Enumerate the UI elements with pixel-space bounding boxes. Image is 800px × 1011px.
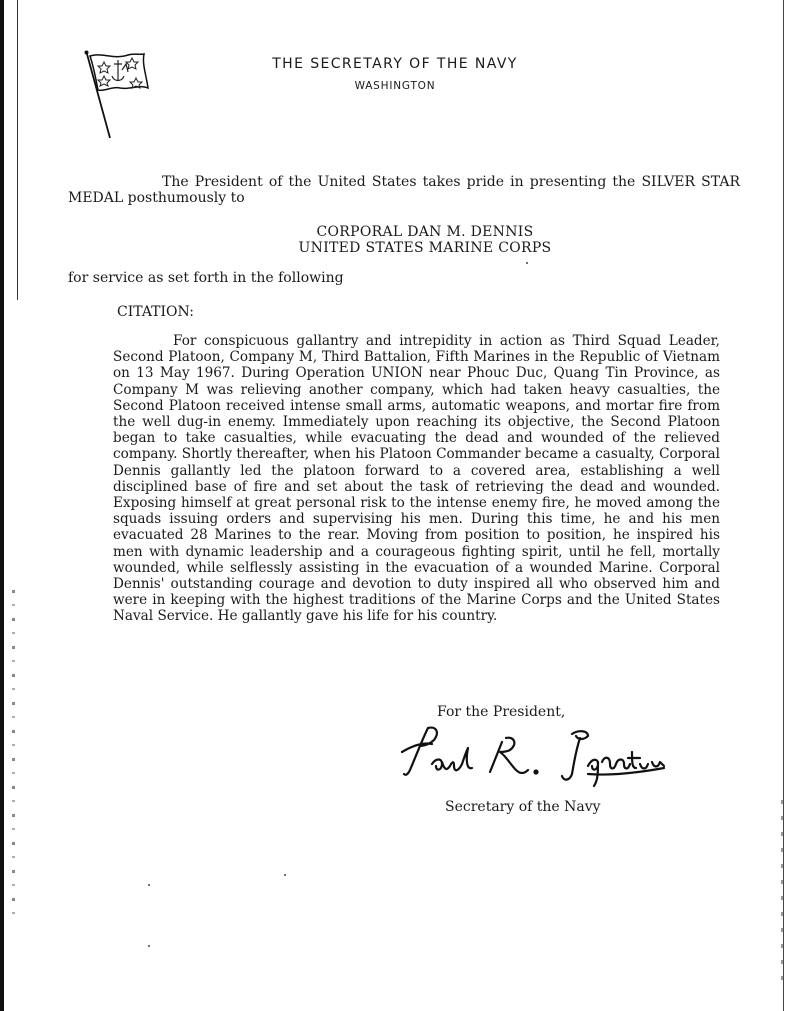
letterhead-location: WASHINGTON	[245, 80, 545, 92]
signer-title: Secretary of the Navy	[445, 799, 601, 815]
recipient-block: CORPORAL DAN M. DENNIS UNITED STATES MAR…	[200, 224, 650, 256]
citation-text: For conspicuous gallantry and intrepidit…	[113, 333, 720, 624]
navy-secretary-flag-icon	[84, 50, 150, 140]
letterhead-title: THE SECRETARY OF THE NAVY	[245, 56, 545, 72]
citation-label: CITATION:	[117, 304, 194, 320]
scan-edge-left	[0, 0, 4, 1011]
scan-speck	[526, 262, 528, 264]
closing: For the President,	[437, 704, 565, 720]
scan-edge-line	[17, 0, 18, 300]
scan-speck	[284, 874, 286, 876]
award-intro: The President of the United States takes…	[68, 174, 740, 206]
signature: Paul R. Ignatius	[392, 722, 667, 790]
scan-artifacts-right	[781, 800, 784, 980]
service-line: for service as set forth in the followin…	[68, 270, 344, 286]
recipient-service: UNITED STATES MARINE CORPS	[200, 240, 650, 256]
award-intro-text: The President of the United States takes…	[68, 174, 740, 206]
recipient-name: CORPORAL DAN M. DENNIS	[200, 224, 650, 240]
citation-body: For conspicuous gallantry and intrepidit…	[113, 333, 720, 625]
scan-speck	[148, 945, 150, 947]
scan-speck	[148, 884, 150, 886]
scan-artifacts-left	[12, 590, 15, 920]
